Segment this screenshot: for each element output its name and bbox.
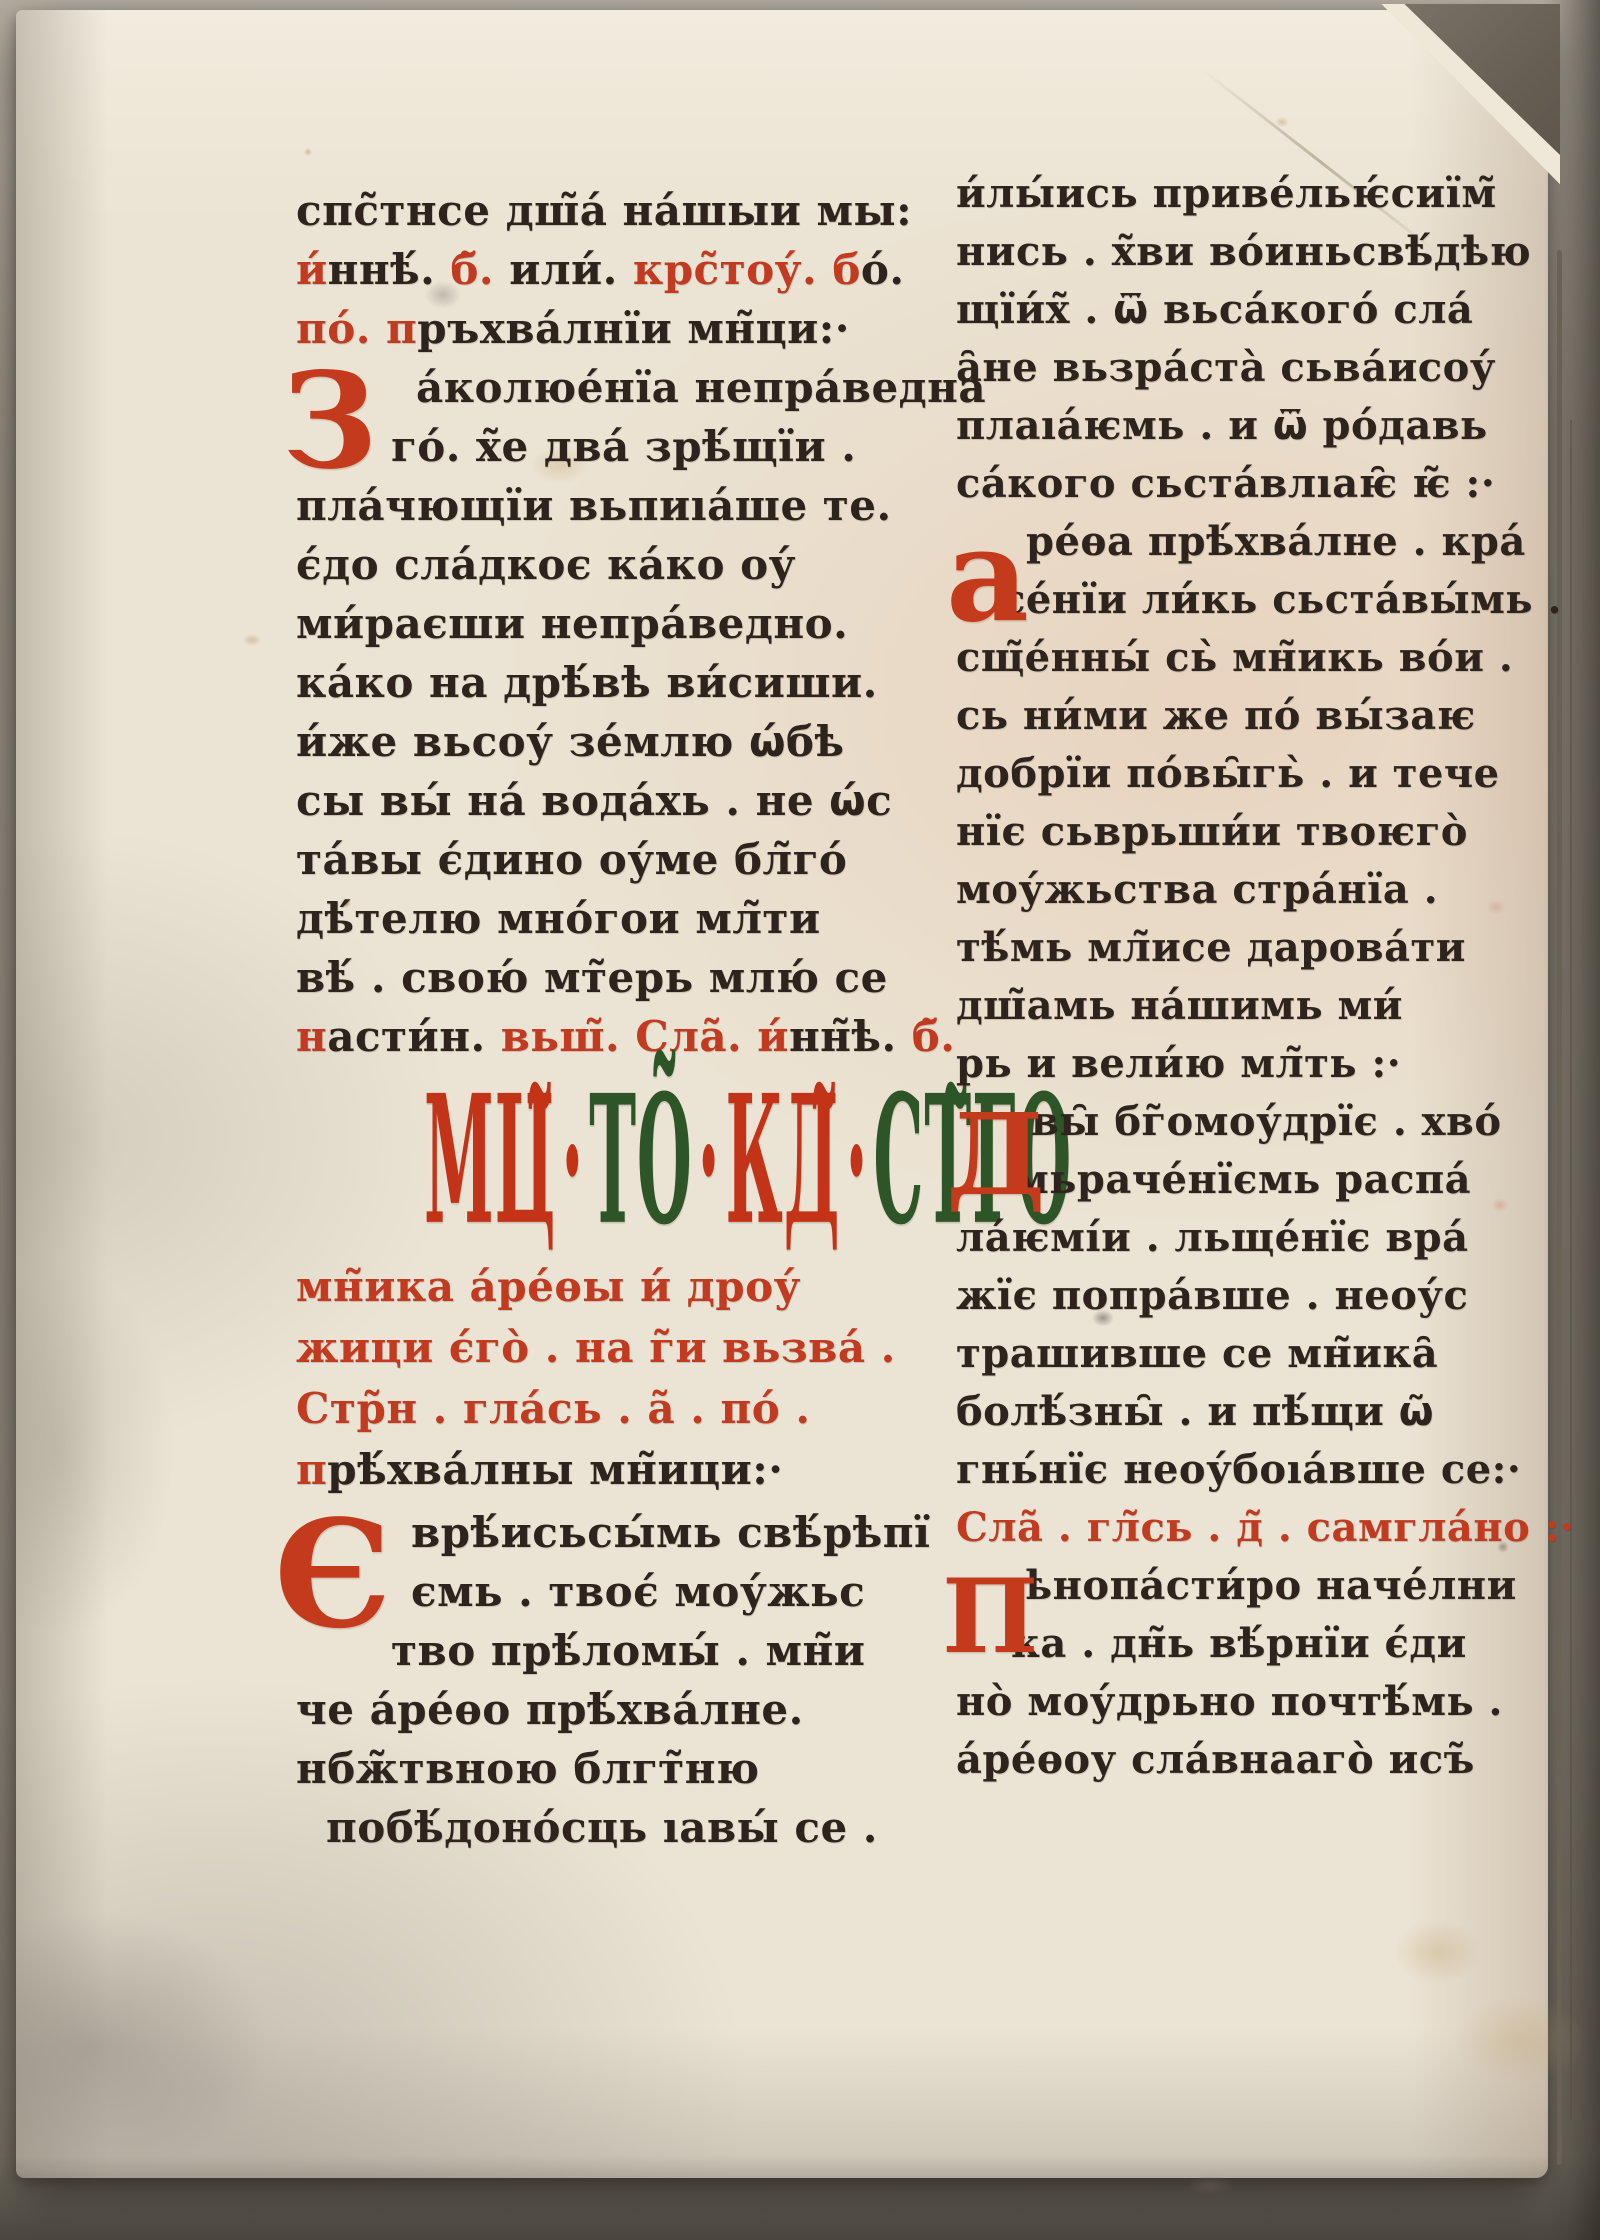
drop-cap-initial: Д xyxy=(946,1100,1046,1212)
text-line: моу́жьства стра́нїа . xyxy=(956,866,1496,924)
text-line: пла́чющїи вьпиıа́ше те. xyxy=(296,481,961,540)
text-line: ємь . твоє́ моу́жьс xyxy=(296,1567,961,1626)
text-line: се́нїи ли́кь сьста́вы́мь . xyxy=(956,576,1496,634)
text-line: сь ни́ми же по́ вы́заѥ xyxy=(956,692,1496,750)
text-line: є́до сла́дкоє ка́ко оу́ xyxy=(296,540,961,599)
rubric-text-block: мн̃ика а́ре́ѳы и́ дроу́жици є́го̀ . на г… xyxy=(296,1262,961,1506)
text-line: нїє сьврьши́и твоѥго̀ xyxy=(956,808,1496,866)
text-line: щїи́х̃ . ѿ вьса́кого́ сла́ xyxy=(956,286,1496,344)
text-line: и́ннѣ́. б̃. или́. крс̃тоу́. бо́. xyxy=(296,245,961,304)
page-stack-line xyxy=(1570,420,1572,2120)
stichera-text-block: врѣ́исьсы́мь свѣ́рѣпїємь . твоє́ моу́жьс… xyxy=(296,1508,961,1862)
text-line: и́лы́ись приве́льѥ́сиїм̃ xyxy=(956,170,1496,228)
text-line: ре́ѳа прѣ́хва́лне . кра́ xyxy=(956,518,1496,576)
drop-cap-initial: З xyxy=(282,356,377,488)
text-line: ка́ко на дрѣ́вѣ ви́сиши. xyxy=(296,658,961,717)
text-line: дѣ́телю мно́гои мл̃ти xyxy=(296,894,961,953)
text-line: гнь́нїє неоу́боıа́вше се:· xyxy=(956,1446,1496,1504)
text-line: Стр̃н . гла́сь . а̃ . по́ . xyxy=(296,1384,961,1445)
text-line: та́вы є́дино оу́ме бл̃го́ xyxy=(296,835,961,894)
text-line: тво прѣ́ломы́ . мн̃и xyxy=(296,1626,961,1685)
text-line: го́. х̃е два́ зрѣ́щїи . xyxy=(296,422,961,481)
text-line: а́ре́ѳоу сла́внааго̀ исъ̃ xyxy=(956,1736,1496,1794)
drop-cap-initial: П xyxy=(942,1566,1038,1668)
manuscript-photo: спс̃тнсе дш̃а́ на́шыи мы:и́ннѣ́. б̃. или… xyxy=(0,0,1600,2240)
text-line: вѣ́ . свою́ мт̃ерь млю́ се xyxy=(296,953,961,1012)
text-line: сщ̃е́нны́ сь̀ мн̃икь во́и . xyxy=(956,634,1496,692)
text-line: че а́ре́ѳо прѣ́хва́лне. xyxy=(296,1685,961,1744)
text-line: нись . х̃ви во́иньсвѣ́дѣю xyxy=(956,228,1496,286)
text-line: болѣ́зны̑ . и пѣ́щи ѡ̃ xyxy=(956,1388,1496,1446)
text-line: сы вы́ на́ вода́хь . не ѡ́с xyxy=(296,776,961,835)
text-line: Сла̃ . гл̃сь . д̃ . самгла́но :· xyxy=(956,1504,1496,1562)
text-line: жици є́го̀ . на г̃и вьзва́ . xyxy=(296,1323,961,1384)
right-text-column: и́лы́ись приве́льѥ́сиїм̃нись . х̃ви во́и… xyxy=(956,170,1496,1794)
photo-bottom-shadow xyxy=(0,2155,1600,2240)
left-text-column: спс̃тнсе дш̃а́ на́шыи мы:и́ннѣ́. б̃. или… xyxy=(296,186,961,1071)
text-line: но̀ моу́дрьно почтѣ́мь . xyxy=(956,1678,1496,1736)
text-line: а́колюе́нїа непра́ведна xyxy=(296,363,961,422)
text-line: ла́ѥмі́и . льще́нїє вра́ xyxy=(956,1214,1496,1272)
text-line: а̑не вьзра́ста̀ сьва́исоу́ xyxy=(956,344,1496,402)
drop-cap-initial: Є xyxy=(274,1500,392,1648)
text-line: спс̃тнсе дш̃а́ на́шыи мы: xyxy=(296,186,961,245)
text-line: дш̃амь на́шимь ми́ xyxy=(956,982,1496,1040)
text-line: тѣ́мь мл̃исе дарова́ти xyxy=(956,924,1496,982)
text-line: жїє попра́вше . неоу́с xyxy=(956,1272,1496,1330)
text-line: побѣ́доно́сць ıавы́ се . xyxy=(296,1803,961,1862)
text-line: мн̃ика а́ре́ѳы и́ дроу́ xyxy=(296,1262,961,1323)
text-line: врѣ́исьсы́мь свѣ́рѣпї xyxy=(296,1508,961,1567)
text-line: нбж̃твною блгт̃ню xyxy=(296,1744,961,1803)
text-line: по́. пръхва́лнїи мн̃ци:· xyxy=(296,304,961,363)
text-line: прѣ́хва́лны мн̃ици:· xyxy=(296,1445,961,1506)
text-line: ми́раєши непра́ведно. xyxy=(296,599,961,658)
text-line: добрїи по́вы̑гь̀ . и тече xyxy=(956,750,1496,808)
text-line: са́кого сьста́влıаѥ̑ ѥ̃ :· xyxy=(956,460,1496,518)
drop-cap-initial: а xyxy=(946,512,1029,640)
text-line: плаıа́ѥмь . и ѿ ро́давь xyxy=(956,402,1496,460)
text-line: и́же вьсоу́ зе́млю ѡ́бѣ xyxy=(296,717,961,776)
text-line: трашивше се мн̃ика̑ xyxy=(956,1330,1496,1388)
